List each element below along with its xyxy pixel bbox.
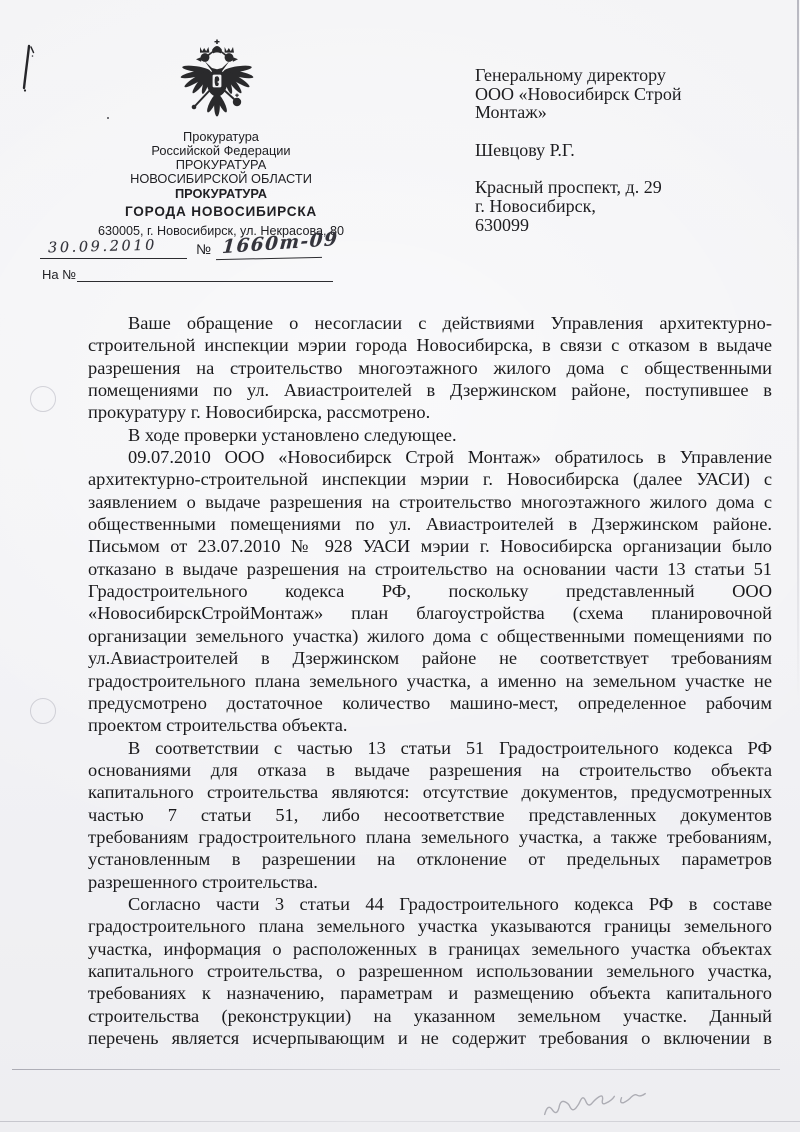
recipient-line: Шевцову Р.Г.: [475, 141, 755, 160]
date-underline: [40, 258, 187, 259]
pencil-scribble: [540, 1082, 674, 1125]
org-name-block: ПрокуратураРоссийской ФедерацииПРОКУРАТУ…: [95, 130, 347, 218]
body-text-line: архитектурно-строительной инспекции мэри…: [88, 468, 772, 490]
body-text-line: В ходе проверки установлено следующее.: [88, 424, 772, 446]
recipient-line: 630099: [475, 216, 755, 235]
org-name-line: ПРОКУРАТУРА: [95, 158, 347, 172]
org-name-line: НОВОСИБИРСКОЙ ОБЛАСТИ: [95, 172, 347, 186]
recipient-gap: [475, 160, 755, 179]
body-text-line: Письмом от 23.07.2010 № 928 УАСИ мэрии г…: [88, 535, 772, 557]
body-text-line: капитального строительства, о разрешенно…: [88, 960, 772, 982]
body-text-line: проектом строительства объекта.: [88, 714, 772, 736]
number-sign-label: №: [196, 241, 211, 257]
body-text-line: помещениями по ул. Авиастроителей в Дзер…: [88, 379, 772, 401]
body-text-line: строительства (реконструкции) на указанн…: [88, 1005, 772, 1027]
letter-body: Ваше обращение о несогласии с действиями…: [88, 312, 772, 1049]
reply-reference-underline: [77, 281, 333, 282]
body-text-line: основаниями для отказа в выдаче разрешен…: [88, 759, 772, 781]
body-text-line: Согласно части 3 статьи 44 Градостроител…: [88, 893, 772, 915]
handwritten-date: 30.09.2010: [48, 238, 157, 257]
punch-hole: [30, 698, 56, 724]
paper-crease-line: [12, 1069, 780, 1070]
body-text-line: отказано в выдаче разрешения на строител…: [88, 558, 772, 580]
body-text-line: разрешения на строительство многоэтажног…: [88, 357, 772, 379]
body-text-line: капитального строительства являются: отс…: [88, 781, 772, 803]
recipient-block: Генеральному директоруООО «Новосибирск С…: [475, 66, 755, 234]
body-text-line: частью 7 статьи 51, либо несоответствие …: [88, 804, 772, 826]
body-text-line: организации земельного участка) жилого д…: [88, 625, 772, 647]
body-text-line: общественными помещениями по ул. Авиастр…: [88, 513, 772, 535]
body-text-line: установленным в разрешении на отклонение…: [88, 848, 772, 870]
recipient-line: г. Новосибирск,: [475, 197, 755, 216]
punch-hole: [30, 386, 56, 412]
body-text-line: В соответствии с частью 13 статьи 51 Гра…: [88, 737, 772, 759]
org-name-line: Прокуратура: [95, 130, 347, 144]
scan-edge-shadow: [797, 0, 799, 700]
body-text-line: требованиям градостроительного плана зем…: [88, 826, 772, 848]
recipient-line: Генеральному директору: [475, 66, 755, 85]
scanned-letter-page: ПрокуратураРоссийской ФедерацииПРОКУРАТУ…: [0, 0, 800, 1132]
body-text-line: перечень является исчерпывающим и не сод…: [88, 1027, 772, 1049]
pen-mark-artifact: [19, 42, 37, 94]
body-text-line: ул.Авиастроителей в Дзержинском районе н…: [88, 647, 772, 669]
org-name-line: ПРОКУРАТУРА: [95, 187, 347, 201]
body-text-line: 09.07.2010 ООО «Новосибирск Строй Монтаж…: [88, 446, 772, 468]
body-text-line: градостроительного плана земельного учас…: [88, 915, 772, 937]
body-text-line: градостроительного плана земельного учас…: [88, 670, 772, 692]
body-text-line: заявлением о выдаче разрешения на строит…: [88, 491, 772, 513]
body-text-line: требованиях к назначению, параметрам и р…: [88, 982, 772, 1004]
recipient-gap: [475, 122, 755, 141]
body-text-line: разрешенного строительства.: [88, 871, 772, 893]
org-name-line: ГОРОДА НОВОСИБИРСКА: [95, 205, 347, 219]
body-text-line: Ваше обращение о несогласии с действиями…: [88, 312, 772, 334]
recipient-line: ООО «Новосибирск Строй: [475, 85, 755, 104]
recipient-line: Монтаж»: [475, 103, 755, 122]
double-headed-eagle-icon: [170, 38, 264, 128]
body-text-line: Градостроительного кодекса РФ, поскольку…: [88, 580, 772, 602]
body-text-line: прокуратуру г. Новосибирска, рассмотрено…: [88, 401, 772, 423]
body-text-line: «НовосибирскСтройМонтаж» план благоустро…: [88, 602, 772, 624]
scan-speck: [107, 117, 109, 119]
body-text-line: строительной инспекции мэрии города Ново…: [88, 334, 772, 356]
reply-reference-label: На №: [42, 267, 76, 282]
org-name-line: Российской Федерации: [95, 144, 347, 158]
body-text-line: предусмотрено достаточное количество маш…: [88, 692, 772, 714]
body-text-line: участка, информация о расположенных в гр…: [88, 938, 772, 960]
recipient-line: Красный проспект, д. 29: [475, 178, 755, 197]
paper-crease-line: [0, 1121, 800, 1122]
